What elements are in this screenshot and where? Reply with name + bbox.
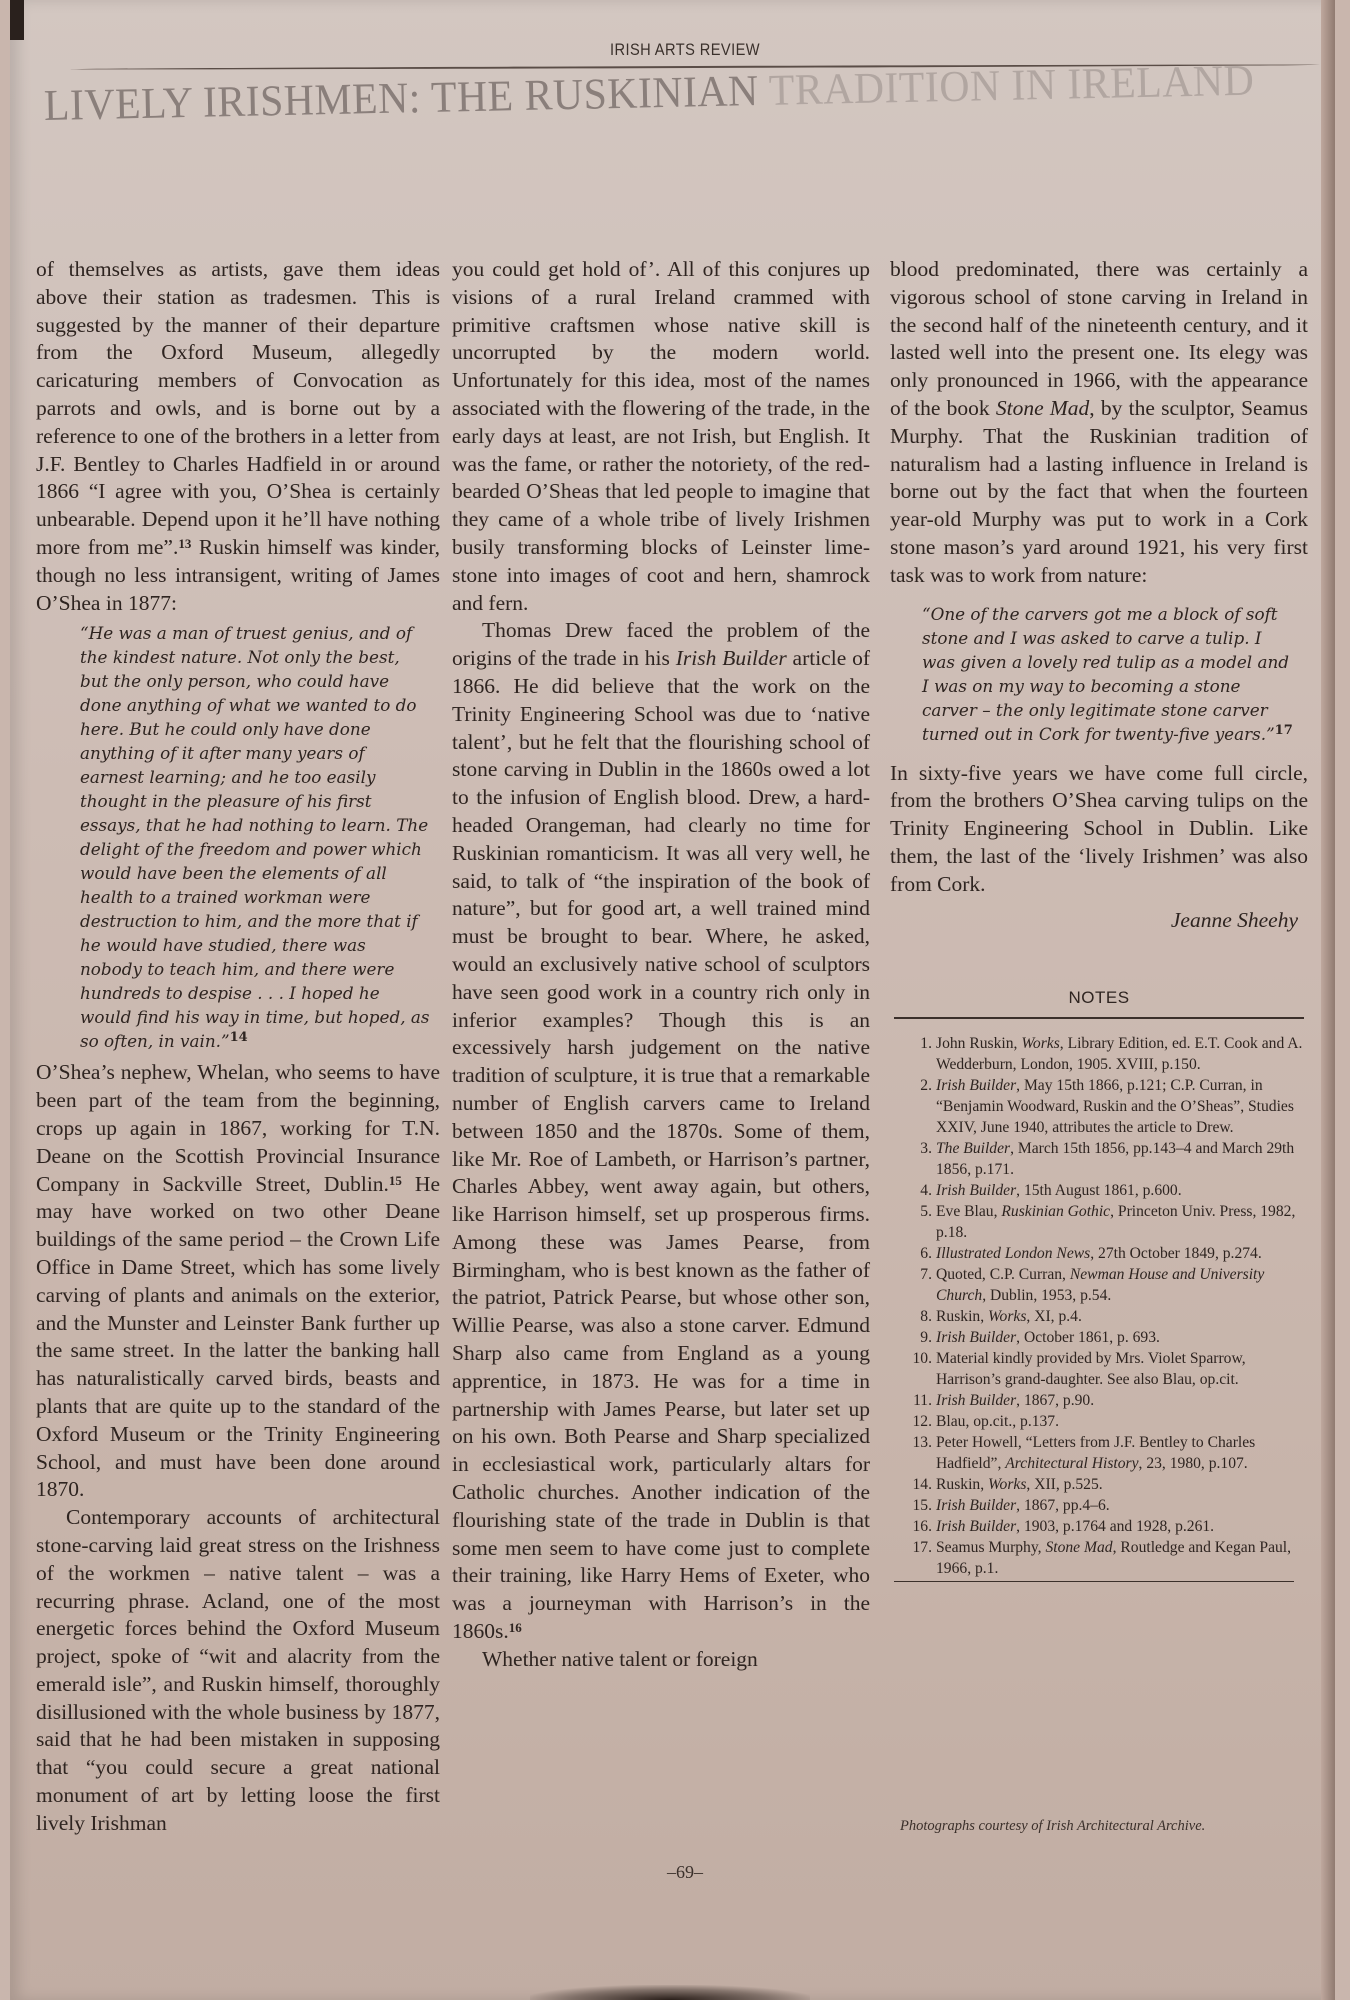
title-faded: TRADITION IN IRELAND xyxy=(768,56,1254,115)
note-number: 13. xyxy=(896,1432,936,1474)
note-item: 12.Blau, op.cit., p.137. xyxy=(896,1411,1308,1432)
note-number: 15. xyxy=(896,1495,936,1516)
page-bottom-shadow xyxy=(530,1985,810,2000)
note-number: 11. xyxy=(896,1390,936,1411)
note-text: Seamus Murphy, Stone Mad, Routledge and … xyxy=(936,1537,1308,1579)
footnote-ref[interactable]: 15 xyxy=(389,1173,402,1188)
page-number: –69– xyxy=(10,1862,1350,1883)
note-text: Irish Builder, 1903, p.1764 and 1928, p.… xyxy=(936,1516,1308,1537)
paragraph: of themselves as artists, gave them idea… xyxy=(36,256,440,617)
footnote-ref[interactable]: 13 xyxy=(178,536,191,551)
note-text: Ruskin, Works, XI, p.4. xyxy=(936,1306,1308,1327)
note-text: John Ruskin, Works, Library Edition, ed.… xyxy=(936,1033,1308,1075)
note-item: 1.John Ruskin, Works, Library Edition, e… xyxy=(896,1033,1308,1075)
note-text: The Builder, March 15th 1856, pp.143–4 a… xyxy=(936,1138,1308,1180)
note-text: Material kindly provided by Mrs. Violet … xyxy=(936,1348,1308,1390)
note-item: 9.Irish Builder, October 1861, p. 693. xyxy=(896,1327,1308,1348)
column-1: of themselves as artists, gave them idea… xyxy=(36,256,440,1838)
running-head: IRISH ARTS REVIEW xyxy=(105,40,1266,60)
note-number: 5. xyxy=(896,1201,936,1243)
block-quote: “One of the carvers got me a block of so… xyxy=(890,602,1308,746)
note-item: 6.Illustrated London News, 27th October … xyxy=(896,1243,1308,1264)
notes-rule-top xyxy=(894,1017,1304,1019)
paragraph: Contemporary accounts of architect­ural … xyxy=(36,1504,440,1838)
note-item: 8.Ruskin, Works, XI, p.4. xyxy=(896,1306,1308,1327)
note-number: 7. xyxy=(896,1264,936,1306)
note-item: 2.Irish Builder, May 15th 1866, p.121; C… xyxy=(896,1075,1308,1138)
note-number: 8. xyxy=(896,1306,936,1327)
note-item: 16.Irish Builder, 1903, p.1764 and 1928,… xyxy=(896,1516,1308,1537)
note-number: 2. xyxy=(896,1075,936,1138)
note-number: 4. xyxy=(896,1180,936,1201)
note-item: 13.Peter Howell, “Letters from J.F. Bent… xyxy=(896,1432,1308,1474)
note-text: Eve Blau, Ruskinian Gothic, Princeton Un… xyxy=(936,1201,1308,1243)
footnote-ref[interactable]: 16 xyxy=(509,1620,522,1635)
note-number: 9. xyxy=(896,1327,936,1348)
paragraph: Whether native talent or foreign xyxy=(452,1646,870,1674)
note-number: 12. xyxy=(896,1411,936,1432)
note-text: Quoted, C.P. Curran, Newman House and Un… xyxy=(936,1264,1308,1306)
note-item: 4.Irish Builder, 15th August 1861, p.600… xyxy=(896,1180,1308,1201)
paragraph: Thomas Drew faced the problem of the ori… xyxy=(452,617,870,1645)
note-text: Irish Builder, October 1861, p. 693. xyxy=(936,1327,1308,1348)
note-number: 3. xyxy=(896,1138,936,1180)
author-signature: Jeanne Sheehy xyxy=(890,907,1308,935)
note-item: 7.Quoted, C.P. Curran, Newman House and … xyxy=(896,1264,1308,1306)
book-spine-shadow xyxy=(10,0,24,40)
note-text: Irish Builder, May 15th 1866, p.121; C.P… xyxy=(936,1075,1308,1138)
note-text: Ruskin, Works, XII, p.525. xyxy=(936,1474,1308,1495)
note-number: 17. xyxy=(896,1537,936,1579)
magazine-page: IRISH ARTS REVIEW LIVELY IRISHMEN: THE R… xyxy=(10,0,1335,2000)
note-number: 1. xyxy=(896,1033,936,1075)
photo-credit: Photographs courtesy of Irish Architectu… xyxy=(900,1818,1205,1835)
paragraph: blood predominated, there was certainly … xyxy=(890,256,1308,590)
paragraph: In sixty-five years we have come full ci… xyxy=(890,760,1308,899)
column-3: blood predominated, there was certainly … xyxy=(890,256,1308,1582)
paragraph: O’Shea’s nephew, Whelan, who seems to ha… xyxy=(36,1059,440,1504)
block-quote: “He was a man of truest genius, and of t… xyxy=(36,621,440,1053)
note-number: 16. xyxy=(896,1516,936,1537)
page-edge xyxy=(1321,0,1335,2000)
note-number: 6. xyxy=(896,1243,936,1264)
note-text: Irish Builder, 1867, p.90. xyxy=(936,1390,1308,1411)
title-main: LIVELY IRISHMEN: THE RUSKINIAN xyxy=(43,66,769,130)
column-2: you could get hold of’. All of this conj… xyxy=(452,256,870,1674)
note-item: 5.Eve Blau, Ruskinian Gothic, Princeton … xyxy=(896,1201,1308,1243)
notes-rule-bottom xyxy=(894,1581,1294,1583)
note-text: Illustrated London News, 27th October 18… xyxy=(936,1243,1308,1264)
note-number: 10. xyxy=(896,1348,936,1390)
note-item: 3.The Builder, March 15th 1856, pp.143–4… xyxy=(896,1138,1308,1180)
note-text: Irish Builder, 1867, pp.4–6. xyxy=(936,1495,1308,1516)
note-item: 17.Seamus Murphy, Stone Mad, Routledge a… xyxy=(896,1537,1308,1579)
note-text: Blau, op.cit., p.137. xyxy=(936,1411,1308,1432)
notes-list: 1.John Ruskin, Works, Library Edition, e… xyxy=(890,1033,1308,1579)
footnote-ref[interactable]: 17 xyxy=(1275,723,1293,738)
publication-title: Irish Builder xyxy=(676,646,787,670)
note-item: 15.Irish Builder, 1867, pp.4–6. xyxy=(896,1495,1308,1516)
book-title: Stone Mad xyxy=(996,396,1089,420)
footnote-ref[interactable]: 14 xyxy=(230,1030,248,1045)
note-item: 11.Irish Builder, 1867, p.90. xyxy=(896,1390,1308,1411)
paragraph: you could get hold of’. All of this conj… xyxy=(452,256,870,617)
note-item: 10.Material kindly provided by Mrs. Viol… xyxy=(896,1348,1308,1390)
note-text: Peter Howell, “Letters from J.F. Bentley… xyxy=(936,1432,1308,1474)
note-number: 14. xyxy=(896,1474,936,1495)
note-text: Irish Builder, 15th August 1861, p.600. xyxy=(936,1180,1308,1201)
notes-heading: NOTES xyxy=(890,984,1308,1012)
note-item: 14.Ruskin, Works, XII, p.525. xyxy=(896,1474,1308,1495)
